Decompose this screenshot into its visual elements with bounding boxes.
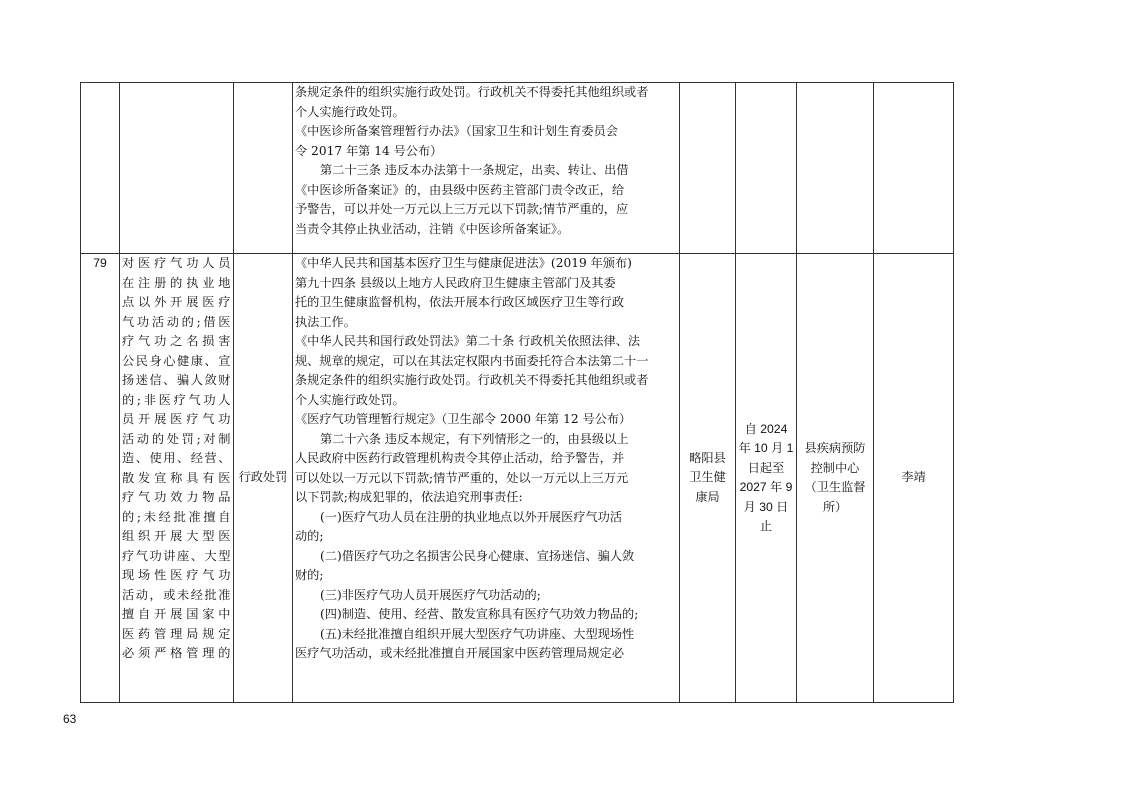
delegate-line: （卫生监督: [799, 478, 871, 498]
item-line: 点以外开展医疗: [122, 293, 231, 313]
basis-cell: 条规定条件的组织实施行政处罚。行政机关不得委托其他组织或者 个人实施行政处罚。 …: [293, 83, 680, 254]
table-row: 79 对医疗气功人员 在注册的执业地 点以外开展医疗 气功活动的;借医 疗气功之…: [81, 254, 954, 703]
period-line: 日起至: [738, 459, 794, 479]
item-line: 在注册的执业地: [122, 274, 231, 294]
basis-line: 第九十四条 县级以上地方人民政府卫生健康主管部门及其委: [295, 274, 677, 294]
basis-line: 医疗气功活动，或未经批准擅自开展国家中医药管理局规定必: [295, 644, 677, 664]
basis-line: (三)非医疗气功人员开展医疗气功活动的;: [295, 586, 677, 606]
item-line: 气功活动的;借医: [122, 313, 231, 333]
authority-line: 略阳县: [682, 449, 733, 469]
basis-line: 《中华人民共和国基本医疗卫生与健康促进法》(2019 年颁布): [295, 254, 677, 274]
item-line: 公民身心健康、宣: [122, 352, 231, 372]
basis-cell: 《中华人民共和国基本医疗卫生与健康促进法》(2019 年颁布) 第九十四条 县级…: [293, 254, 680, 703]
basis-line: 托的卫生健康监督机构，依法开展本行政区域医疗卫生等行政: [295, 293, 677, 313]
basis-line: 《中华人民共和国行政处罚法》第二十条 行政机关依照法律、法: [295, 332, 677, 352]
authority-cell: 略阳县 卫生健 康局: [680, 254, 736, 703]
basis-line: 可以处以一万元以下罚款;情节严重的，处以一万元以上三万元: [295, 469, 677, 489]
item-line: 员开展医疗气功: [122, 410, 231, 430]
basis-line: 第二十三条 违反本办法第十一条规定，出卖、转让、出借: [295, 161, 677, 181]
period-line: 止: [738, 517, 794, 537]
period-line: 自 2024: [738, 420, 794, 440]
basis-line: 以下罚款;构成犯罪的，依法追究刑事责任:: [295, 488, 677, 508]
item-cell: 对医疗气功人员 在注册的执业地 点以外开展医疗 气功活动的;借医 疗气功之名损害…: [120, 254, 234, 703]
type-cell: [234, 83, 293, 254]
item-line: 现场性医疗气功: [122, 566, 231, 586]
basis-line: 《医疗气功管理暂行规定》（卫生部令 2000 年第 12 号公布）: [295, 410, 677, 430]
period-cell: [736, 83, 797, 254]
page-number: 63: [63, 712, 76, 726]
contact-person-cell: [874, 83, 954, 254]
item-line: 擅自开展国家中: [122, 605, 231, 625]
basis-line: (五)未经批准擅自组织开展大型医疗气功讲座、大型现场性: [295, 625, 677, 645]
item-line: 疗气功之名损害: [122, 332, 231, 352]
basis-line: 令 2017 年第 14 号公布）: [295, 142, 677, 162]
basis-line: 执法工作。: [295, 313, 677, 333]
basis-line: 予警告，可以并处一万元以上三万元以下罚款;情节严重的，应: [295, 200, 677, 220]
item-line: 扬迷信、骗人敛财: [122, 371, 231, 391]
item-line: 活动的处罚;对制: [122, 430, 231, 450]
basis-line: 动的;: [295, 527, 677, 547]
basis-line: 当责令其停止执业活动，注销《中医诊所备案证》。: [295, 220, 677, 240]
item-line: 的;非医疗气功人: [122, 391, 231, 411]
basis-line: 个人实施行政处罚。: [295, 103, 677, 123]
basis-line: (四)制造、使用、经营、散发宣称具有医疗气功效力物品的;: [295, 605, 677, 625]
delegate-line: 县疾病预防: [799, 439, 871, 459]
delegate-cell: 县疾病预防 控制中心 （卫生监督 所）: [797, 254, 874, 703]
item-line: 组织开展大型医: [122, 527, 231, 547]
basis-line: 财的;: [295, 566, 677, 586]
period-line: 2027 年 9: [738, 478, 794, 498]
period-line: 月 30 日: [738, 498, 794, 518]
item-line: 活动，或未经批准: [122, 586, 231, 606]
item-line: 疗气功效力物品: [122, 488, 231, 508]
basis-line: 《中医诊所备案证》的，由县级中医药主管部门责令改正，给: [295, 181, 677, 201]
basis-line: 人民政府中医药行政管理机构责令其停止活动，给予警告，并: [295, 449, 677, 469]
item-line: 疗气功讲座、大型: [122, 547, 231, 567]
table-row: 条规定条件的组织实施行政处罚。行政机关不得委托其他组织或者 个人实施行政处罚。 …: [81, 83, 954, 254]
period-cell: 自 2024 年 10 月 1 日起至 2027 年 9 月 30 日 止: [736, 254, 797, 703]
basis-line: (二)借医疗气功之名损害公民身心健康、宣扬迷信、骗人敛: [295, 547, 677, 567]
basis-line: 《中医诊所备案管理暂行办法》（国家卫生和计划生育委员会: [295, 122, 677, 142]
row-number-cell: [81, 83, 120, 254]
authority-line: 卫生健: [682, 468, 733, 488]
delegate-cell: [797, 83, 874, 254]
basis-line: 规、规章的规定，可以在其法定权限内书面委托符合本法第二十一: [295, 352, 677, 372]
authority-cell: [680, 83, 736, 254]
item-line: 对医疗气功人员: [122, 254, 231, 274]
item-line: 造、使用、经营、: [122, 449, 231, 469]
basis-line: 条规定条件的组织实施行政处罚。行政机关不得委托其他组织或者: [295, 83, 677, 103]
contact-person-cell: 李靖: [874, 254, 954, 703]
delegation-table: 条规定条件的组织实施行政处罚。行政机关不得委托其他组织或者 个人实施行政处罚。 …: [80, 82, 954, 703]
item-line: 医药管理局规定: [122, 625, 231, 645]
item-line: 必须严格管理的: [122, 644, 231, 664]
row-number-cell: 79: [81, 254, 120, 703]
basis-line: 第二十六条 违反本规定，有下列情形之一的，由县级以上: [295, 430, 677, 450]
item-cell: [120, 83, 234, 254]
delegate-line: 所）: [799, 498, 871, 518]
basis-line: (一)医疗气功人员在注册的执业地点以外开展医疗气功活: [295, 508, 677, 528]
item-line: 的;未经批准擅自: [122, 508, 231, 528]
period-line: 年 10 月 1: [738, 439, 794, 459]
basis-line: 个人实施行政处罚。: [295, 391, 677, 411]
item-line: 散发宣称具有医: [122, 469, 231, 489]
authority-line: 康局: [682, 488, 733, 508]
delegate-line: 控制中心: [799, 459, 871, 479]
type-cell: 行政处罚: [234, 254, 293, 703]
basis-line: 条规定条件的组织实施行政处罚。行政机关不得委托其他组织或者: [295, 371, 677, 391]
